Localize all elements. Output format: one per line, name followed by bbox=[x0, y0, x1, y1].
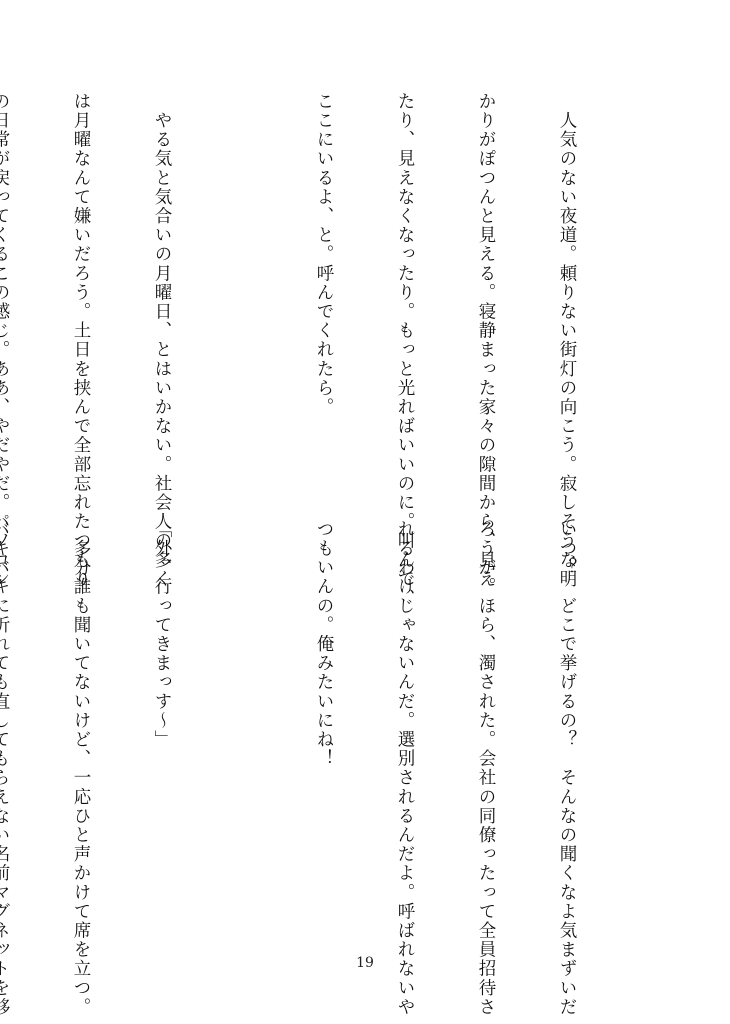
page-number: 19 bbox=[0, 955, 730, 971]
text-column: の日常が戻ってくるこの感じ。ああ、やだやだ。パソコン bbox=[0, 92, 13, 492]
text-column: バキバキに折れても直してもらえない名前マグネットを移 bbox=[0, 520, 13, 930]
text-column: やる気と気合いの月曜日、とはいかない。社会人の多く bbox=[148, 92, 175, 492]
text-column: は月曜なんて嫌いだろう。土日を挟んで全部忘れたつもり bbox=[67, 92, 94, 492]
text-column: 人気のない夜道。頼りない街灯の向こう。寂しそうな明 bbox=[553, 92, 580, 492]
text-column: ここにいるよ、と。呼んでくれたら。 bbox=[310, 92, 337, 492]
text-column: いつ？ どこで挙げるの？ そんなの聞くなよ気まずいだ bbox=[553, 520, 580, 930]
text-column: ろうが。ほら、濁された。会社の同僚ったって全員招待さ bbox=[472, 520, 499, 930]
text-column: たり、見えなくなったり。もっと光ればいいのに。叫んで、 bbox=[391, 92, 418, 492]
text-column: 「外、行ってきまっす〜」 bbox=[148, 520, 175, 930]
upper-text-block: 人気のない夜道。頼りない街灯の向こう。寂しそうな明 かりがぽつんと見える。寝静ま… bbox=[0, 92, 634, 492]
blank-column bbox=[229, 92, 256, 492]
text-column: 多分誰も聞いてないけど、一応ひと声かけて席を立つ。 bbox=[67, 520, 94, 930]
text-column: れるわけじゃないんだ。選別されるんだよ。呼ばれないや bbox=[391, 520, 418, 930]
book-page: 人気のない夜道。頼りない街灯の向こう。寂しそうな明 かりがぽつんと見える。寝静ま… bbox=[0, 0, 730, 1024]
text-column: かりがぽつんと見える。寝静まった家々の隙間から、見え bbox=[472, 92, 499, 492]
lower-text-block: いつ？ どこで挙げるの？ そんなの聞くなよ気まずいだ ろうが。ほら、濁された。会… bbox=[0, 520, 634, 930]
blank-column bbox=[229, 520, 256, 930]
text-column: つもいんの。俺みたいにね！ bbox=[310, 520, 337, 930]
